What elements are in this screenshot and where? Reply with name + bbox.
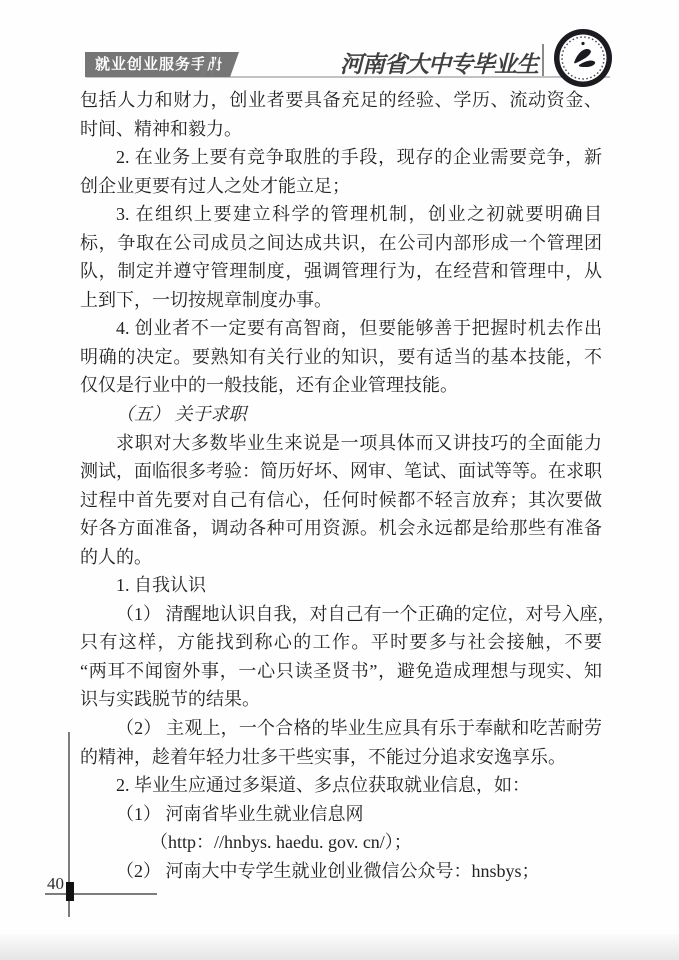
text-line: 仅仅是行业中的一般技能，还有企业管理技能。 [80, 371, 602, 400]
text-line: 的人的。 [80, 543, 602, 572]
emblem-logo-icon [552, 27, 614, 89]
text-line: 1. 自我认识 [80, 571, 602, 600]
text-line: 2. 毕业生应通过多渠道、多点位获取就业信息，如： [80, 771, 602, 800]
text-line: 创企业更要有过人之处才能立足； [80, 172, 602, 201]
text-line: （2） 河南大中专学生就业创业微信公众号：hnsbys； [80, 857, 602, 886]
header-calligraphy-title: 河南省大中专毕业生 [340, 46, 538, 79]
scanned-page: 就业创业服务手册 河南省大中专毕业生 包括人力和财力，创业者要具备充足的经验、学… [0, 0, 679, 960]
text-line: 识与实践脱节的结果。 [80, 685, 602, 714]
text-line: 好各方面准备，调动各种可用资源。机会永远都是给那些有准备 [80, 514, 602, 543]
text-line: “两耳不闻窗外事，一心只读圣贤书”，避免造成理想与现实、知 [80, 657, 602, 686]
text-line: 明确的决定。要熟知有关行业的知识，要有适当的基本技能，不 [80, 343, 602, 372]
body-text: 包括人力和财力，创业者要具备充足的经验、学历、流动资金、时间、精神和毅力。2. … [80, 86, 602, 894]
header-separator [542, 44, 544, 76]
text-line: （五） 关于求职 [80, 400, 602, 429]
text-line: 包括人力和财力，创业者要具备充足的经验、学历、流动资金、 [80, 86, 602, 115]
text-line: 4. 创业者不一定要有高智商，但要能够善于把握时机去作出 [80, 314, 602, 343]
text-line: 3. 在组织上要建立科学的管理机制，创业之初就要明确目 [80, 200, 602, 229]
text-line: 时间、精神和毅力。 [80, 115, 602, 144]
text-line: 的精神，趁着年轻力壮多干些实事，不能过分追求安逸享乐。 [80, 743, 602, 772]
page-number-marker [66, 882, 74, 901]
text-line: （http：//hnbys. haedu. gov. cn/）； [80, 828, 602, 857]
text-line: 2. 在业务上要有竞争取胜的手段，现存的企业需要竞争，新 [80, 143, 602, 172]
text-line: 队，制定并遵守管理制度，强调管理行为，在经营和管理中，从 [80, 257, 602, 286]
text-line: （1） 河南省毕业生就业信息网 [80, 800, 602, 829]
page-number: 40 [38, 874, 64, 894]
text-line: （2） 主观上，一个合格的毕业生应具有乐于奉献和吃苦耐劳 [80, 714, 602, 743]
text-line: （1） 清醒地认识自我，对自己有一个正确的定位，对号入座， [80, 600, 602, 629]
text-line: 测试，面临很多考验：简历好坏、网审、笔试、面试等等。在求职 [80, 457, 602, 486]
text-line: 过程中首先要对自己有信心，任何时候都不轻言放弃；其次要做 [80, 486, 602, 515]
text-line: 求职对大多数毕业生来说是一项具体而又讲技巧的全面能力 [80, 429, 602, 458]
page-bottom-edge [0, 934, 679, 960]
text-line: 标，争取在公司成员之间达成共识，在公司内部形成一个管理团 [80, 229, 602, 258]
text-line: 只有这样，方能找到称心的工作。平时要多与社会接触，不要 [80, 628, 602, 657]
text-line: 上到下，一切按规章制度办事。 [80, 286, 602, 315]
